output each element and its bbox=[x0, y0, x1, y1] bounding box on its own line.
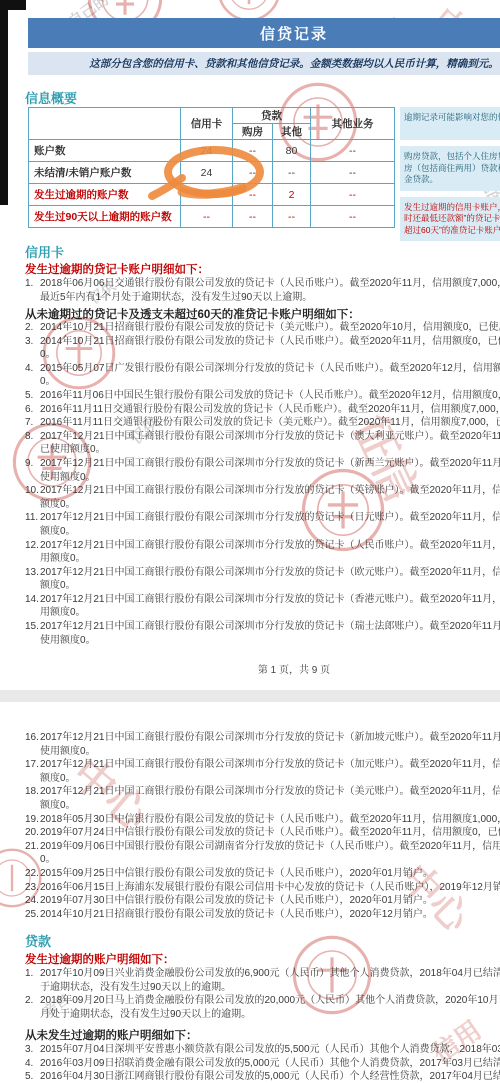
page-title: 信贷记录 bbox=[260, 23, 328, 44]
summary-col-loan-house: 购房 bbox=[233, 124, 273, 140]
list-item: 21.2019年09月06日中国银行股份有限公司湖南省分行发放的贷记卡（人民币账… bbox=[25, 840, 500, 854]
list-item: 3.2015年07月04日深圳平安普惠小额贷款有限公司发放的5,500元（人民币… bbox=[25, 1043, 500, 1057]
note-overdue-impact: 逾期记录可能影响对您的信 bbox=[400, 107, 500, 140]
list-item: 18.2017年12月21日中国工商银行股份有限公司深圳市分行发放的贷记卡（美元… bbox=[25, 785, 500, 799]
summary-heading: 信息概要 bbox=[25, 88, 77, 107]
cell-credit-card: 24 bbox=[181, 162, 233, 184]
list-item: 0。 bbox=[25, 853, 500, 867]
cell-loan-other: -- bbox=[273, 206, 311, 228]
list-item: 22.2015年09月25日中信银行股份有限公司发放的贷记卡（人民币账户），20… bbox=[25, 867, 500, 881]
credit-report-page: 征信 中心 中 中心 信用 解自己的 亲自 仅供 解自己的 仅供 亲自 信贷记录… bbox=[0, 0, 500, 1083]
summary-col-loan-other: 其他 bbox=[273, 124, 311, 140]
list-item: 12.2017年12月21日中国工商银行股份有限公司深圳市分行发放的贷记卡（人民… bbox=[25, 539, 500, 553]
list-item: 额度0。 bbox=[25, 525, 500, 539]
summary-col-other-business: 其他业务 bbox=[311, 108, 395, 140]
row-label: 账户数 bbox=[29, 140, 181, 162]
list-item: 17.2017年12月21日中国工商银行股份有限公司深圳市分行发放的贷记卡（加元… bbox=[25, 758, 500, 772]
list-item: 6.2016年11月11日交通银行股份有限公司发放的贷记卡（人民币账户）。截至2… bbox=[25, 403, 500, 417]
list-item: 4.2015年05月07日广发银行股份有限公司深圳分行发放的贷记卡（人民币账户）… bbox=[25, 362, 500, 376]
list-item: 使用额度0。 bbox=[25, 471, 500, 485]
list-item: 使用额度0。 bbox=[25, 634, 500, 648]
note-house-loan: 购房贷款，包括个人住房贷 房（包括商住两用）贷款和 金贷款。 bbox=[400, 146, 500, 191]
loan-heading: 贷款 bbox=[25, 931, 51, 950]
credit-card-heading: 信用卡 bbox=[25, 242, 64, 261]
row-label: 未结清/未销户账户数 bbox=[29, 162, 181, 184]
cell-other-business: -- bbox=[311, 206, 395, 228]
loan-overdue-subheading: 发生过逾期的账户明细如下： bbox=[25, 951, 175, 967]
list-item: 24.2019年07月30日中信银行股份有限公司发放的贷记卡（人民币账户），20… bbox=[25, 894, 500, 908]
loan-overdue-list: 1.2017年10月09日兴业消费金融股份公司发放的6,900元（人民币）其他个… bbox=[25, 967, 500, 1021]
loan-never-overdue-subheading: 从未发生过逾期的账户明细如下： bbox=[25, 1027, 198, 1043]
list-item: 月处于逾期状态，没有发生过90天以上的逾期。 bbox=[25, 1008, 500, 1022]
cell-loan-other: 2 bbox=[273, 184, 311, 206]
cell-loan-other: 80 bbox=[273, 140, 311, 162]
summary-table: 信用卡 贷款 其他业务 购房 其他 账户数 24 -- 80 -- bbox=[28, 107, 395, 228]
cell-credit-card bbox=[181, 184, 233, 206]
summary-col-credit-card: 信用卡 bbox=[181, 108, 233, 140]
photo-edge-strip bbox=[0, 0, 8, 205]
list-item: 13.2017年12月21日中国工商银行股份有限公司深圳市分行发放的贷记卡（欧元… bbox=[25, 566, 500, 580]
list-item: 15.2017年12月21日中国工商银行股份有限公司深圳市分行发放的贷记卡（瑞士… bbox=[25, 620, 500, 634]
cell-credit-card: -- bbox=[181, 206, 233, 228]
list-item: 16.2017年12月21日中国工商银行股份有限公司深圳市分行发放的贷记卡（新加… bbox=[25, 731, 500, 745]
list-item: 8.2017年12月21日中国工商银行股份有限公司深圳市分行发放的贷记卡（澳大利… bbox=[25, 430, 500, 444]
page-indicator: 第 1 页，共 9 页 bbox=[0, 661, 500, 676]
credit-card-never-overdue-subheading: 从未逾期过的贷记卡及透支未超过60天的准贷记卡账户明细如下： bbox=[25, 306, 360, 322]
list-item: 1.2017年10月09日兴业消费金融股份公司发放的6,900元（人民币）其他个… bbox=[25, 967, 500, 981]
list-item: 0。 bbox=[25, 348, 500, 362]
list-item: 于逾期状态，没有发生过90天以上的逾期。 bbox=[25, 981, 500, 995]
list-item: 5.2016年11月06日中国民生银行股份有限公司发放的贷记卡（人民币账户）。截… bbox=[25, 389, 500, 403]
list-item: 已使用额度0。 bbox=[25, 443, 500, 457]
list-item: 使用额度0。 bbox=[25, 745, 500, 759]
list-item: 10.2017年12月21日中国工商银行股份有限公司深圳市分行发放的贷记卡（英镑… bbox=[25, 484, 500, 498]
row-label: 发生过90天以上逾期的账户数 bbox=[29, 206, 181, 228]
credit-card-list-page2: 16.2017年12月21日中国工商银行股份有限公司深圳市分行发放的贷记卡（新加… bbox=[25, 731, 500, 921]
credit-card-list-page1: 2.2014年10月21日招商银行股份有限公司发放的贷记卡（美元账户）。截至20… bbox=[25, 321, 500, 647]
list-item: 19.2018年05月30日中信银行股份有限公司发放的贷记卡（人民币账户）。截至… bbox=[25, 813, 500, 827]
list-item: 用额度0。 bbox=[25, 606, 500, 620]
summary-col-loan: 贷款 bbox=[233, 108, 311, 124]
list-item: 额度0。 bbox=[25, 579, 500, 593]
list-item: 0。 bbox=[25, 375, 500, 389]
cell-other-business: -- bbox=[311, 184, 395, 206]
cell-other-business: -- bbox=[311, 140, 395, 162]
credit-card-overdue-subheading: 发生过逾期的贷记卡账户明细如下： bbox=[25, 261, 209, 277]
list-item: 4.2016年03月09日招联消费金融有限公司发放的5,000元（人民币）其他个… bbox=[25, 1057, 500, 1071]
list-item: 3.2014年10月21日招商银行股份有限公司发放的贷记卡（人民币账户）。截至2… bbox=[25, 335, 500, 349]
photo-edge-corner bbox=[0, 0, 26, 10]
list-item: 2.2014年10月21日招商银行股份有限公司发放的贷记卡（美元账户）。截至20… bbox=[25, 321, 500, 335]
list-item: 23.2016年06月15日上海浦东发展银行股份有限公司信用卡中心发放的贷记卡（… bbox=[25, 881, 500, 895]
credit-card-overdue-list: 1.2018年06月06日交通银行股份有限公司发放的贷记卡（人民币账户）。截至2… bbox=[25, 277, 500, 304]
list-item: 7.2016年11月11日交通银行股份有限公司发放的贷记卡（美元账户）。截至20… bbox=[25, 416, 500, 430]
list-item: 25.2014年10月21日招商银行股份有限公司发放的贷记卡（人民币账户），20… bbox=[25, 908, 500, 922]
summary-col-empty bbox=[29, 108, 181, 140]
cell-loan-house: -- bbox=[233, 162, 273, 184]
list-item: 2.2018年09月20日马上消费金融股份有限公司发放的20,000元（人民币）… bbox=[25, 994, 500, 1008]
table-row: 发生过90天以上逾期的账户数 -- -- -- -- bbox=[29, 206, 395, 228]
cell-loan-house: -- bbox=[233, 140, 273, 162]
list-item: 14.2017年12月21日中国工商银行股份有限公司深圳市分行发放的贷记卡（香港… bbox=[25, 593, 500, 607]
row-label: 发生过逾期的账户数 bbox=[29, 184, 181, 206]
cell-loan-house: -- bbox=[233, 184, 273, 206]
section-subtitle: 这部分包含您的信用卡、贷款和其他信贷记录。金额类数据均以人民币计算，精确到元。 bbox=[89, 56, 499, 71]
section-subtitle-bar: 这部分包含您的信用卡、贷款和其他信贷记录。金额类数据均以人民币计算，精确到元。 bbox=[28, 52, 500, 75]
loan-never-overdue-list: 3.2015年07月04日深圳平安普惠小额贷款有限公司发放的5,500元（人民币… bbox=[25, 1043, 500, 1083]
list-item: 9.2017年12月21日中国工商银行股份有限公司深圳市分行发放的贷记卡（新西兰… bbox=[25, 457, 500, 471]
list-item: 用额度0。 bbox=[25, 552, 500, 566]
list-item: 20.2019年07月24日中信银行股份有限公司发放的贷记卡（人民币账户）。截至… bbox=[25, 826, 500, 840]
page-break bbox=[0, 690, 500, 702]
note-overdue-definition: 发生过逾期的信用卡账户， 时还最低还款额”的贷记卡 超过60天”的准贷记卡账户 bbox=[400, 197, 500, 242]
table-row: 发生过逾期的账户数 -- 2 -- bbox=[29, 184, 395, 206]
list-item: 11.2017年12月21日中国工商银行股份有限公司深圳市分行发放的贷记卡（日元… bbox=[25, 511, 500, 525]
section-title-bar: 信贷记录 bbox=[28, 18, 500, 48]
cell-loan-other: -- bbox=[273, 162, 311, 184]
cell-loan-house: -- bbox=[233, 206, 273, 228]
list-item: 额度0。 bbox=[25, 772, 500, 786]
cell-credit-card: 24 bbox=[181, 140, 233, 162]
list-item: 5.2016年04月30日浙江网商银行股份有限公司发放的5,000元（人民币）个… bbox=[25, 1070, 500, 1083]
list-item: 额度0。 bbox=[25, 799, 500, 813]
side-notes: 逾期记录可能影响对您的信 购房贷款，包括个人住房贷 房（包括商住两用）贷款和 金… bbox=[400, 107, 500, 247]
table-row: 账户数 24 -- 80 -- bbox=[29, 140, 395, 162]
list-item: 最近5年内有1个月处于逾期状态，没有发生过90天以上逾期。 bbox=[25, 291, 500, 305]
cell-other-business: -- bbox=[311, 162, 395, 184]
table-row: 未结清/未销户账户数 24 -- -- -- bbox=[29, 162, 395, 184]
list-item: 额度0。 bbox=[25, 498, 500, 512]
summary-table-body: 账户数 24 -- 80 -- 未结清/未销户账户数 24 -- -- -- 发… bbox=[29, 140, 395, 228]
list-item: 1.2018年06月06日交通银行股份有限公司发放的贷记卡（人民币账户）。截至2… bbox=[25, 277, 500, 291]
